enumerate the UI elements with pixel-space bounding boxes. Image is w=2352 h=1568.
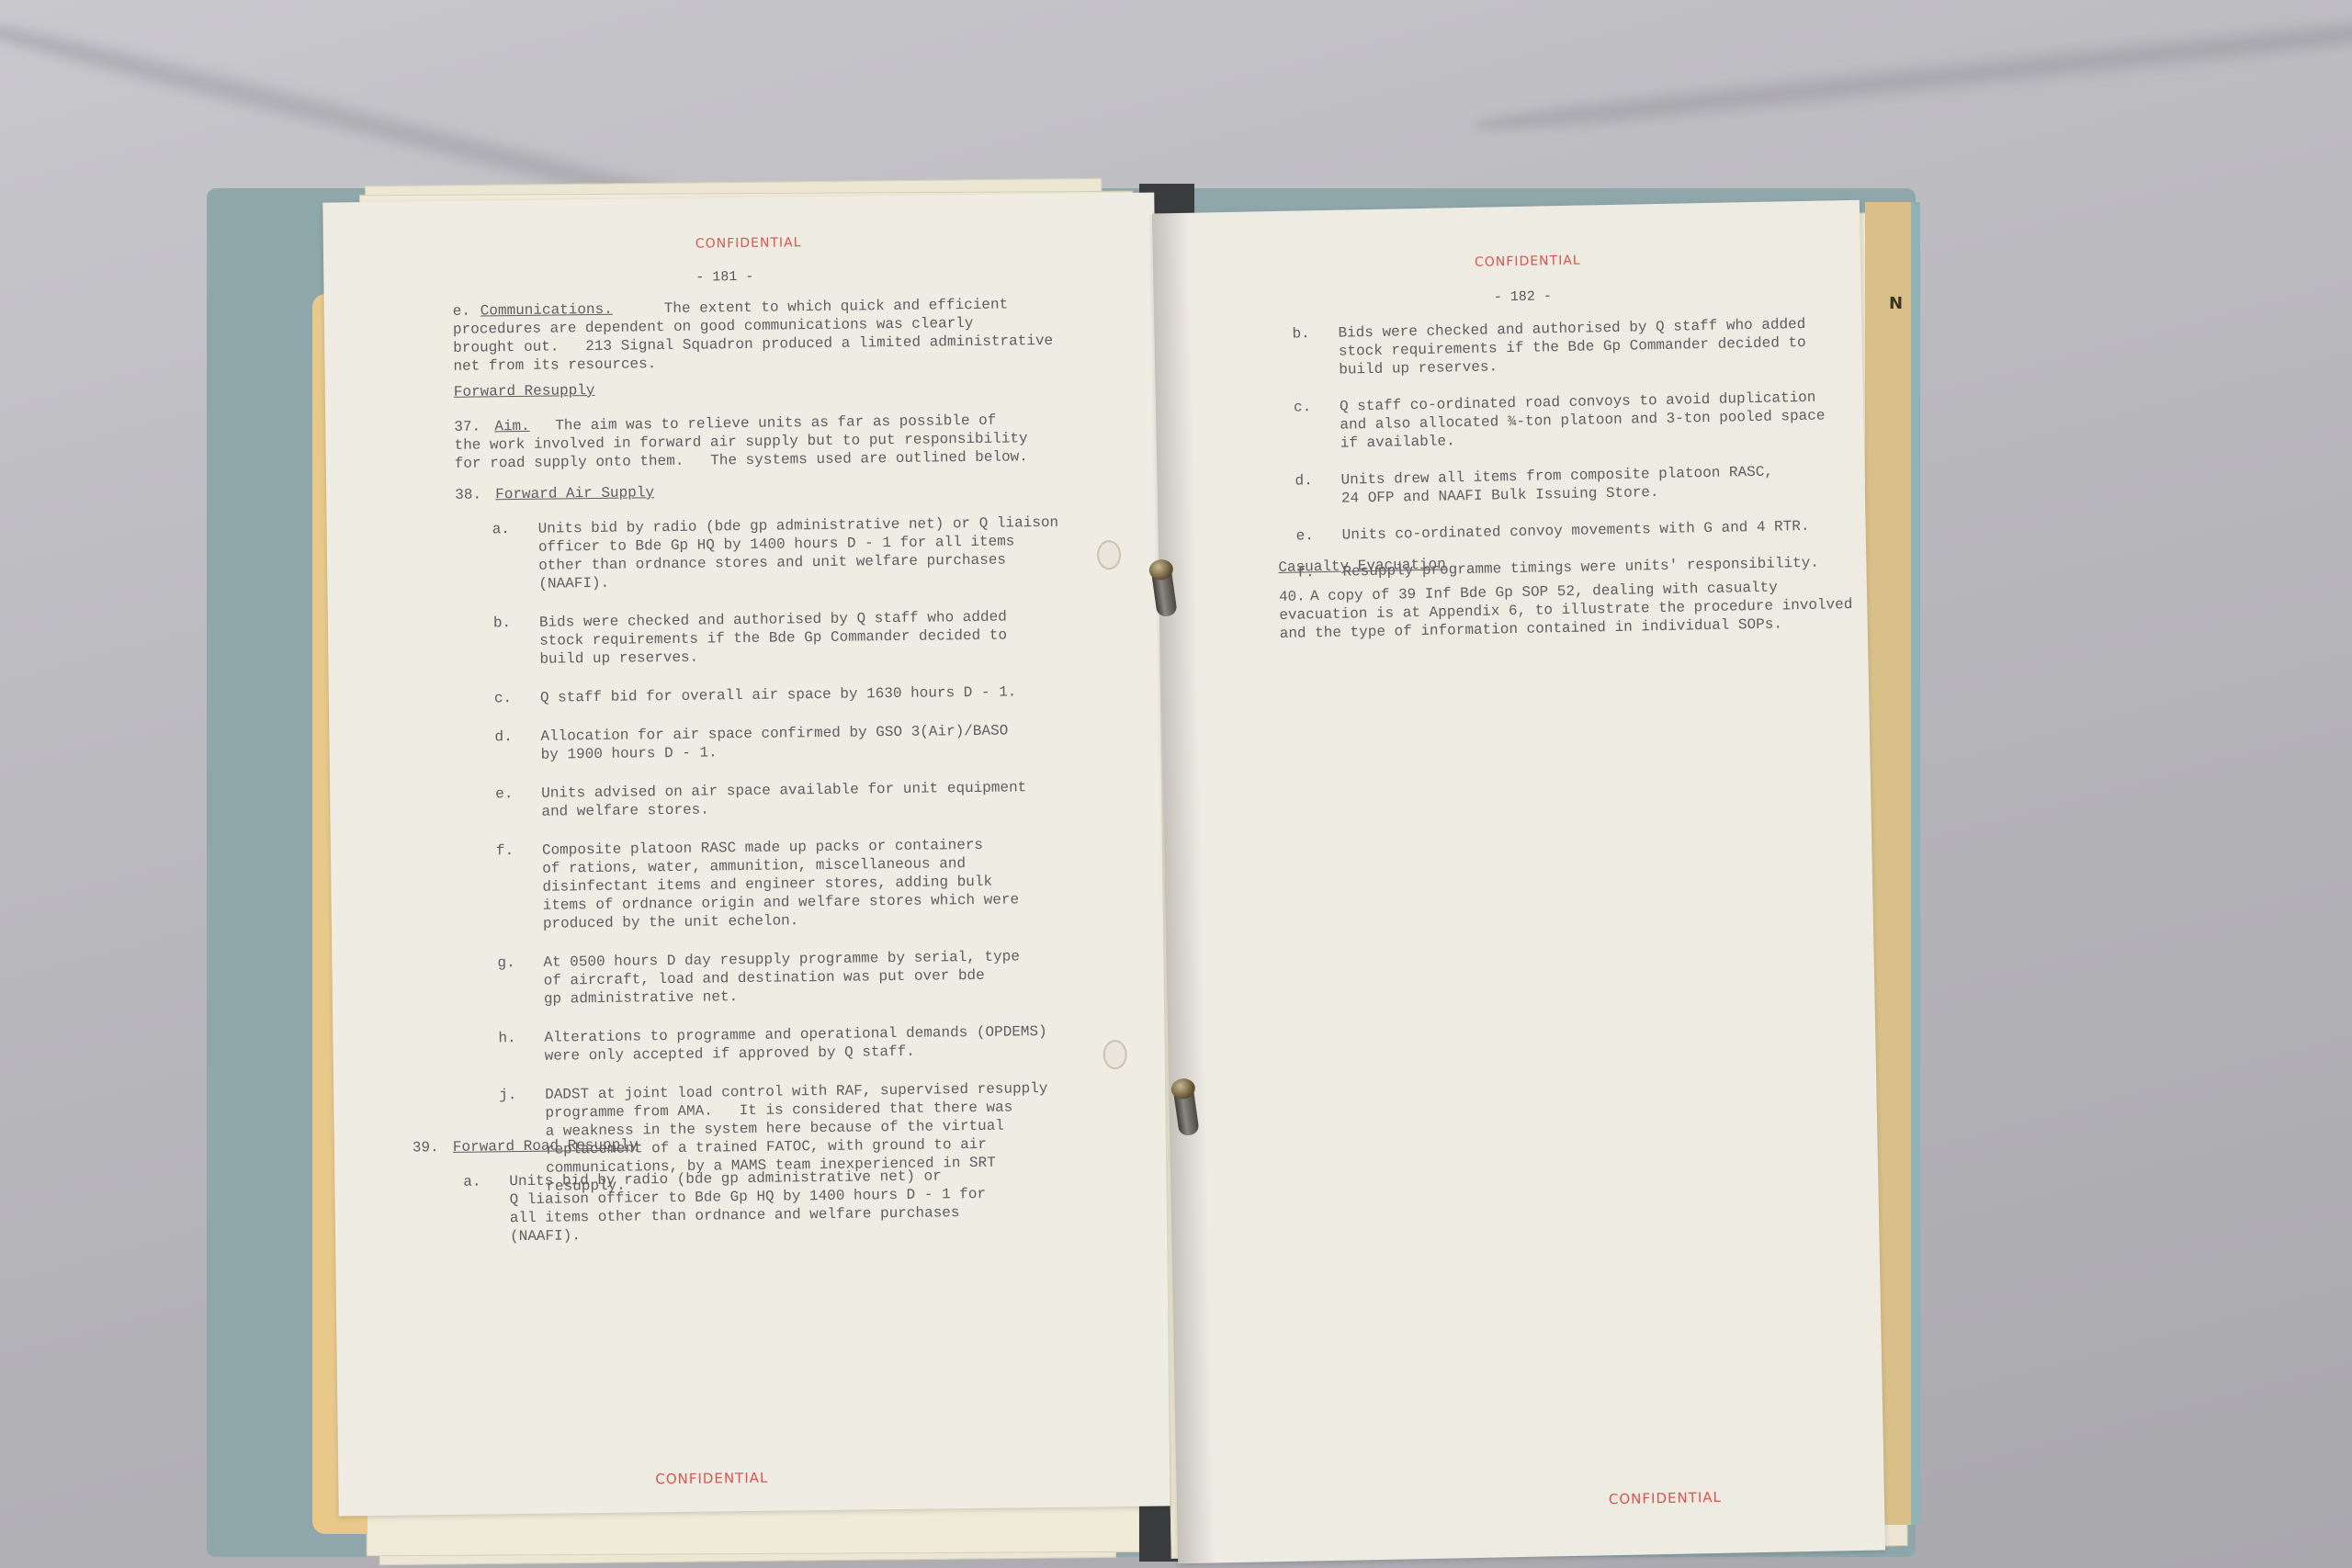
item-label: j. (499, 1086, 516, 1104)
item-label: e. (1296, 526, 1315, 545)
item-label: g. (497, 953, 514, 972)
paragraph-38-heading: 38. Forward Air Supply (455, 480, 914, 508)
text-line: Q staff bid for overall air space by 163… (540, 682, 1017, 706)
right-page: CONFIDENTIAL - 182 - b.Bids were checked… (1152, 200, 1885, 1564)
paragraph-number: 37. (454, 418, 481, 436)
text-line: build up reserves. (1339, 357, 1498, 378)
item-label: a. (463, 1173, 481, 1191)
confidential-stamp-header: CONFIDENTIAL (1475, 254, 1581, 270)
item-label: a. (492, 520, 510, 538)
confidential-stamp-footer: CONFIDENTIAL (655, 1470, 768, 1488)
item-label: h. (498, 1029, 515, 1047)
paragraph-heading: Forward Road Resupply (453, 1135, 639, 1156)
section-heading: Casualty Evacuation (1278, 555, 1446, 576)
list-item: f.Composite platoon RASC made up packs o… (496, 834, 1103, 933)
divider-tab-letter: N (1889, 294, 1903, 313)
list-item: e.Units co-ordinated convoy movements wi… (1296, 515, 1903, 546)
paragraph-number: 38. (455, 485, 481, 503)
text-line: were only accepted if approved by Q staf… (545, 1043, 915, 1066)
left-page: CONFIDENTIAL - 181 - e. Communications. … (322, 193, 1170, 1517)
text-line: by 1900 hours D - 1. (541, 743, 718, 763)
paragraph-heading: Aim. (494, 417, 530, 435)
section-heading: Forward Resupply (454, 381, 595, 401)
text-line: (NAAFI). (538, 574, 609, 593)
paragraph-label: e. (453, 302, 470, 321)
text-line: build up reserves. (539, 649, 698, 669)
paragraph-number: 40. (1279, 587, 1306, 606)
item-label: b. (1292, 324, 1310, 343)
list-item: g.At 0500 hours D day resupply programme… (497, 946, 1104, 1009)
list-item: b.Bids were checked and authorised by Q … (493, 606, 1101, 669)
page-number: - 182 - (1494, 288, 1552, 305)
list-item: a.Units bid by radio (bde gp administrat… (463, 1166, 1070, 1247)
paragraph-heading: Forward Air Supply (495, 483, 654, 503)
list-item: a.Units bid by radio (bde gp administrat… (492, 513, 1100, 593)
text-line: Units co-ordinated convoy movements with… (1342, 517, 1810, 545)
paragraph-number: 39. (413, 1138, 439, 1156)
text-line: net from its resources. (453, 355, 656, 376)
punch-hole (1097, 540, 1121, 570)
paragraph-40: 40. A copy of 39 Inf Bde Gp SOP 52, deal… (1279, 577, 1849, 652)
page-number: - 181 - (695, 269, 753, 286)
list-item: h.Alterations to programme and operation… (498, 1021, 1104, 1066)
list-item: b.Bids were checked and authorised by Q … (1292, 313, 1899, 380)
confidential-stamp-header: CONFIDENTIAL (695, 235, 802, 251)
item-label: d. (494, 728, 512, 746)
list-item: c.Q staff co-ordinated road convoys to a… (1294, 387, 1901, 454)
text-line: if available. (1340, 432, 1455, 452)
item-label: e. (495, 784, 513, 803)
list-item: d.Allocation for air space confirmed by … (494, 720, 1101, 764)
item-label: c. (1294, 398, 1312, 416)
text-line: produced by the unit echelon. (543, 911, 799, 932)
text-line: Units advised on air space available for… (541, 778, 1026, 802)
paragraph-heading: Communications. (481, 300, 613, 321)
text-line: and welfare stores. (541, 800, 709, 820)
confidential-stamp-footer: CONFIDENTIAL (1609, 1489, 1722, 1507)
item-label: b. (493, 614, 511, 632)
text-line: Allocation for air space confirmed by GS… (540, 722, 1008, 746)
item-label: c. (494, 689, 512, 707)
paragraph-communications: e. Communications. The extent to which q… (453, 294, 1115, 385)
list-item: e.Units advised on air space available f… (495, 777, 1102, 821)
item-label: d. (1295, 471, 1313, 490)
list-item: d.Units drew all items from composite pl… (1295, 460, 1902, 509)
list-item: c.Q staff bid for overall air space by 1… (494, 682, 1101, 707)
item-label: f. (496, 841, 514, 860)
cloth-fold (1471, 3, 2352, 145)
punch-hole (1103, 1040, 1127, 1069)
text-line: gp administrative net. (544, 987, 738, 1009)
paragraph-37: 37. Aim. The aim was to relieve units as… (454, 410, 1116, 482)
text-line: (NAAFI). (510, 1226, 581, 1246)
